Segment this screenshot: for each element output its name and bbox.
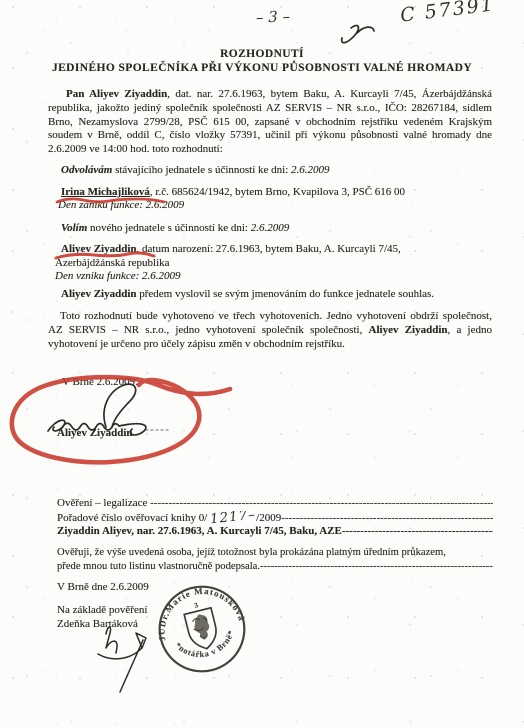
register-number-label: Pořadové číslo ověřovací knihy 0/ [57, 512, 210, 524]
recall-text: stávajícího jednatele s účinností ke dni… [112, 164, 291, 176]
register-number-year: /2009 [256, 512, 281, 524]
red-underline-elected-name [54, 250, 156, 262]
legalization-person-line: Ziyaddin Aliyev, nar. 27.6.1963, A. Kurc… [57, 525, 493, 539]
consent-name: Aliyev Ziyaddin [61, 288, 137, 300]
election-date: 2.6.2009 [251, 222, 290, 234]
copies-name: Aliyev Ziyaddin [369, 324, 448, 336]
election-text: nového jednatele s účinností ke dni: [87, 222, 250, 234]
copies-paragraph: Toto rozhodnutí bude vyhotoveno ve třech… [48, 310, 492, 351]
legalization-label: Ověření – legalizace [57, 497, 150, 509]
handwritten-page-number: – 3 – [228, 6, 319, 27]
verification-dashes: ----------------------------------------… [260, 561, 493, 572]
election-lead: Volím [61, 222, 87, 234]
recall-line: Odvolávám stávajícího jednatele s účinno… [61, 164, 330, 178]
notary-place-date: V Brně dne 2.6.2009 [57, 581, 149, 595]
recall-date: 2.6.2009 [291, 164, 330, 176]
authorization-line1: Na základě pověření [57, 604, 147, 618]
red-circle-annotation [2, 373, 238, 469]
legalization-dashes3: ----------------------------------------… [342, 525, 493, 537]
elected-person-details: , datum narození: 27.6.1963, bytem Baku,… [137, 243, 401, 255]
document-title-line2: JEDINÉHO SPOLEČNÍKA PŘI VÝKONU PŮSOBNOST… [0, 62, 524, 74]
signer-name-label: Aliyev Ziyaddin [57, 427, 133, 441]
inception-line: Den vzniku funkce: 2.6.2009 [55, 270, 181, 284]
consent-text: předem vyslovil se svým jmenováním do fu… [137, 288, 435, 300]
inception-date: 2.6.2009 [139, 270, 180, 282]
document-page: – 3 – C 57391 ROZHODNUTÍ JEDINÉHO SPOLEČ… [0, 0, 524, 728]
consent-line: Aliyev Ziyaddin předem vyslovil se svým … [61, 288, 434, 302]
legalization-line2: Pořadové číslo ověřovací knihy 0/ 1217–/… [57, 511, 493, 526]
inception-label: Den vzniku funkce: [55, 270, 139, 282]
handwritten-file-number: C 57391 [399, 0, 496, 27]
recall-lead: Odvolávám [61, 164, 112, 176]
intro-name: Pan Aliyev Ziyaddin [66, 88, 167, 100]
verification-statement-line2: přede mnou tuto listinu vlastnoručně pod… [57, 560, 493, 574]
legalization-line1: Ověření – legalizace -------------------… [57, 497, 493, 511]
election-line: Volím nového jednatele s účinností ke dn… [61, 222, 289, 236]
document-title-line1: ROZHODNUTÍ [0, 48, 524, 60]
legalization-dashes2: ----------------------------------------… [281, 512, 493, 524]
legalization-person: Ziyaddin Aliyev, nar. 27.6.1963, A. Kurc… [57, 525, 342, 537]
legalization-dashes1: ----------------------------------------… [150, 497, 493, 509]
intro-paragraph: Pan Aliyev Ziyaddin, dat. nar. 27.6.1963… [48, 88, 492, 157]
stamp-number: 3 [193, 600, 199, 610]
verification-statement-line1: Ověřuji, že výše uvedená osoba, jejíž to… [57, 546, 493, 560]
recalled-person-details: , r.č. 685624/1942, bytem Brno, Kvapilov… [150, 186, 405, 198]
verification-text: přede mnou tuto listinu vlastnoručně pod… [57, 561, 260, 572]
red-underline-recalled-name [55, 195, 167, 208]
handwritten-register-number: 1217– [209, 511, 256, 526]
